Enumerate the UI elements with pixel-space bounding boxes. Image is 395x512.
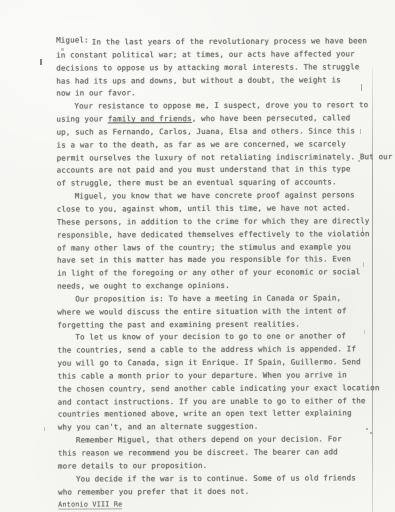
margin-mark xyxy=(361,84,362,91)
letter-line: this cable a month prior to your departu… xyxy=(57,369,369,383)
margin-mark xyxy=(362,227,363,233)
paper-speck xyxy=(366,428,368,430)
letter-line: Miguel:In the last years of the revoluti… xyxy=(56,35,368,49)
margin-mark xyxy=(360,129,361,134)
margin-mark xyxy=(40,59,42,65)
letter-line: where we would discuss the entire situat… xyxy=(57,305,369,319)
letter-line: this reason we recommend you be discreet… xyxy=(58,446,370,460)
letter-line: responsible, have dedicated themselves e… xyxy=(57,228,369,242)
letter-line: in light of the foregoing or any other o… xyxy=(57,266,369,280)
letter-line: using your family and friends, who have … xyxy=(56,112,368,126)
letter-line: close to you, against whom, until this t… xyxy=(57,202,369,216)
letter-line: You decide if the war is to continue. So… xyxy=(58,472,370,486)
margin-mark xyxy=(44,427,45,431)
letter-line: is a war to the death, as far as we are … xyxy=(56,138,368,152)
letter-line: These persons, in addition to the crime … xyxy=(57,215,369,229)
salutation: Miguel: xyxy=(56,35,89,44)
letter-line: the chosen country, send another cable i… xyxy=(58,382,370,396)
footer-note: Antonio VIII Re xyxy=(58,500,122,509)
letter-line-text: In the last years of the revolutionary p… xyxy=(92,36,367,46)
letter-line: Our proposition is: To have a meeting in… xyxy=(57,292,369,306)
margin-mark xyxy=(363,262,364,267)
underlined-words: family and friends xyxy=(108,114,192,123)
letter-line: who remember you prefer that it does not… xyxy=(58,485,370,499)
letter-line: countries mentioned above, write an open… xyxy=(58,408,370,422)
letter-line: up, such as Fernando, Carlos, Juana, Els… xyxy=(56,125,368,139)
letter-line: in constant political war; at times, our… xyxy=(56,48,368,62)
letter-line-text: , who have been persecuted, called xyxy=(192,113,351,123)
scanned-letter-page: Miguel:In the last years of the revoluti… xyxy=(0,0,395,512)
letter-line: you will go to Canada, sign it Enrique. … xyxy=(57,356,369,370)
margin-mark xyxy=(364,330,365,334)
letter-body: Miguel:In the last years of the revoluti… xyxy=(56,35,370,499)
paper-speck xyxy=(61,48,64,51)
paper-sheet: Miguel:In the last years of the revoluti… xyxy=(0,0,395,512)
letter-line-text: using your xyxy=(56,114,107,123)
paper-speck xyxy=(370,432,372,434)
letter-line: decisions to oppose us by attacking mora… xyxy=(56,61,368,75)
letter-line: has had its ups and downs, but without a… xyxy=(56,74,368,88)
paper-speck xyxy=(358,160,360,162)
paper-edge-line xyxy=(372,68,373,512)
